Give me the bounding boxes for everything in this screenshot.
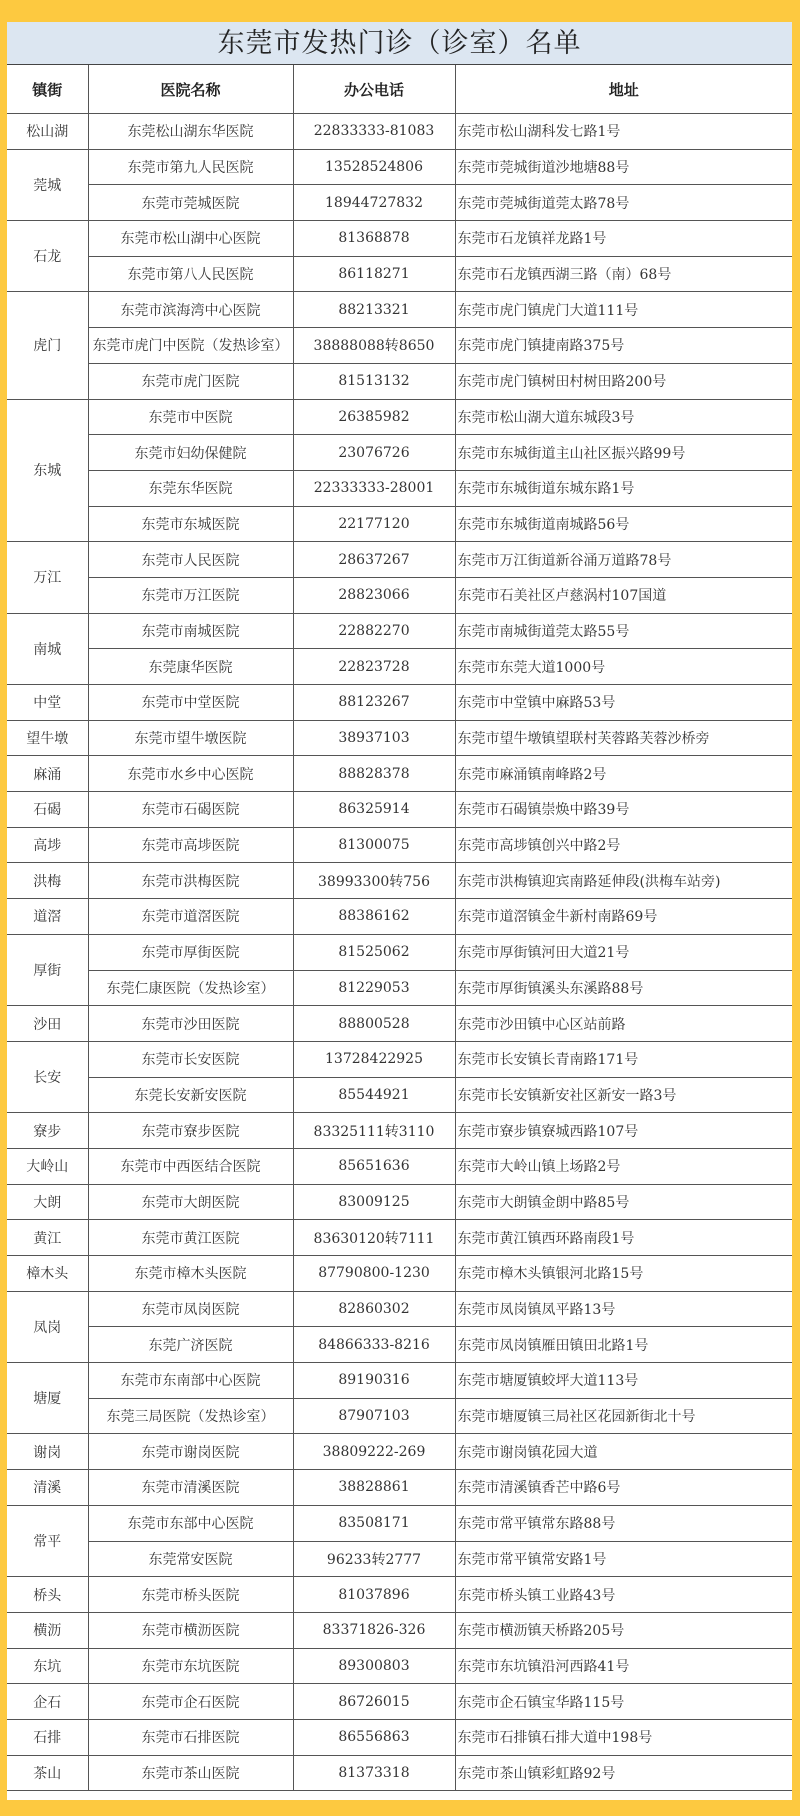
hospital-name-cell: 东莞市东部中心医院 [88, 1505, 293, 1541]
address-cell: 东莞市高埗镇创兴中路2号 [455, 827, 792, 863]
hospital-name-cell: 东莞市中堂医院 [88, 685, 293, 721]
hospital-name-cell: 东莞市万江医院 [88, 577, 293, 613]
phone-cell: 81037896 [293, 1577, 455, 1613]
table-row: 茶山东莞市茶山医院81373318东莞市茶山镇彩虹路92号 [7, 1755, 792, 1791]
address-cell: 东莞市南城街道莞太路55号 [455, 613, 792, 649]
table-row: 东莞广济医院84866333-8216东莞市凤岗镇雁田镇田北路1号 [7, 1327, 792, 1363]
address-cell: 东莞市长安镇长青南路171号 [455, 1041, 792, 1077]
phone-cell: 88828378 [293, 756, 455, 792]
phone-cell: 83325111转3110 [293, 1113, 455, 1149]
phone-cell: 86726015 [293, 1684, 455, 1720]
table-row: 东莞康华医院22823728东莞市东莞大道1000号 [7, 649, 792, 685]
table-row: 凤岗东莞市凤岗医院82860302东莞市凤岗镇凤平路13号 [7, 1291, 792, 1327]
town-cell: 谢岗 [7, 1434, 88, 1470]
page-title: 东莞市发热门诊（诊室）名单 [7, 22, 792, 65]
town-cell: 茶山 [7, 1755, 88, 1791]
hospital-name-cell: 东莞市长安医院 [88, 1041, 293, 1077]
address-cell: 东莞市塘厦镇三局社区花园新街北十号 [455, 1398, 792, 1434]
address-cell: 东莞市企石镇宝华路115号 [455, 1684, 792, 1720]
hospital-name-cell: 东莞市洪梅医院 [88, 863, 293, 899]
phone-cell: 85651636 [293, 1148, 455, 1184]
address-cell: 东莞市桥头镇工业路43号 [455, 1577, 792, 1613]
phone-cell: 38828861 [293, 1470, 455, 1506]
town-cell: 高埗 [7, 827, 88, 863]
town-cell: 东坑 [7, 1648, 88, 1684]
address-cell: 东莞市横沥镇天桥路205号 [455, 1612, 792, 1648]
table-row: 东莞市第八人民医院86118271东莞市石龙镇西湖三路（南）68号 [7, 256, 792, 292]
town-cell: 石碣 [7, 792, 88, 828]
table-row: 东莞三局医院（发热诊室）87907103东莞市塘厦镇三局社区花园新街北十号 [7, 1398, 792, 1434]
phone-cell: 89190316 [293, 1363, 455, 1399]
phone-cell: 88386162 [293, 899, 455, 935]
phone-cell: 83009125 [293, 1184, 455, 1220]
hospital-name-cell: 东莞市桥头医院 [88, 1577, 293, 1613]
address-cell: 东莞市长安镇新安社区新安一路3号 [455, 1077, 792, 1113]
table-row: 樟木头东莞市樟木头医院87790800-1230东莞市樟木头镇银河北路15号 [7, 1256, 792, 1292]
phone-cell: 86118271 [293, 256, 455, 292]
address-cell: 东莞市道滘镇金牛新村南路69号 [455, 899, 792, 935]
hospital-name-cell: 东莞市沙田医院 [88, 1006, 293, 1042]
table-row: 东坑东莞市东坑医院89300803东莞市东坑镇沿河西路41号 [7, 1648, 792, 1684]
table-row: 谢岗东莞市谢岗医院38809222-269东莞市谢岗镇花园大道 [7, 1434, 792, 1470]
table-row: 南城东莞市南城医院22882270东莞市南城街道莞太路55号 [7, 613, 792, 649]
address-cell: 东莞市东城街道南城路56号 [455, 506, 792, 542]
hospital-name-cell: 东莞市横沥医院 [88, 1612, 293, 1648]
town-cell: 望牛墩 [7, 720, 88, 756]
town-cell: 石龙 [7, 221, 88, 292]
address-cell: 东莞市常平镇常东路88号 [455, 1505, 792, 1541]
town-cell: 企石 [7, 1684, 88, 1720]
address-cell: 东莞市常平镇常安路1号 [455, 1541, 792, 1577]
town-cell: 长安 [7, 1041, 88, 1112]
town-cell: 黄江 [7, 1220, 88, 1256]
town-cell: 石排 [7, 1719, 88, 1755]
address-cell: 东莞市寮步镇寮城西路107号 [455, 1113, 792, 1149]
hospital-name-cell: 东莞市滨海湾中心医院 [88, 292, 293, 328]
address-cell: 东莞市石碣镇崇焕中路39号 [455, 792, 792, 828]
hospital-name-cell: 东莞市莞城医院 [88, 185, 293, 221]
hospital-name-cell: 东莞康华医院 [88, 649, 293, 685]
address-cell: 东莞市东坑镇沿河西路41号 [455, 1648, 792, 1684]
table-row: 东莞市莞城医院18944727832东莞市莞城街道莞太路78号 [7, 185, 792, 221]
hospital-name-cell: 东莞市清溪医院 [88, 1470, 293, 1506]
phone-cell: 22833333-81083 [293, 114, 455, 150]
table-row: 大岭山东莞市中西医结合医院85651636东莞市大岭山镇上场路2号 [7, 1148, 792, 1184]
hospital-name-cell: 东莞市东坑医院 [88, 1648, 293, 1684]
phone-cell: 88123267 [293, 685, 455, 721]
address-cell: 东莞市东莞大道1000号 [455, 649, 792, 685]
clinic-list-sheet: 东莞市发热门诊（诊室）名单 镇街 医院名称 办公电话 地址 松山湖东莞松山湖东华… [7, 22, 792, 1800]
phone-cell: 22333333-28001 [293, 470, 455, 506]
phone-cell: 38937103 [293, 720, 455, 756]
phone-cell: 96233转2777 [293, 1541, 455, 1577]
hospital-name-cell: 东莞松山湖东华医院 [88, 114, 293, 150]
table-row: 松山湖东莞松山湖东华医院22833333-81083东莞市松山湖科发七路1号 [7, 114, 792, 150]
town-cell: 松山湖 [7, 114, 88, 150]
address-cell: 东莞市东城街道东城东路1号 [455, 470, 792, 506]
address-cell: 东莞市虎门镇捷南路375号 [455, 328, 792, 364]
address-cell: 东莞市樟木头镇银河北路15号 [455, 1256, 792, 1292]
address-cell: 东莞市东城街道主山社区振兴路99号 [455, 435, 792, 471]
phone-cell: 82860302 [293, 1291, 455, 1327]
phone-cell: 38888088转8650 [293, 328, 455, 364]
town-cell: 虎门 [7, 292, 88, 399]
table-row: 桥头东莞市桥头医院81037896东莞市桥头镇工业路43号 [7, 1577, 792, 1613]
hospital-name-cell: 东莞市道滘医院 [88, 899, 293, 935]
town-cell: 寮步 [7, 1113, 88, 1149]
address-cell: 东莞市凤岗镇凤平路13号 [455, 1291, 792, 1327]
table-row: 长安东莞市长安医院13728422925东莞市长安镇长青南路171号 [7, 1041, 792, 1077]
town-cell: 塘厦 [7, 1363, 88, 1434]
town-cell: 东城 [7, 399, 88, 542]
town-cell: 樟木头 [7, 1256, 88, 1292]
phone-cell: 23076726 [293, 435, 455, 471]
address-cell: 东莞市大岭山镇上场路2号 [455, 1148, 792, 1184]
hospital-name-cell: 东莞市东城医院 [88, 506, 293, 542]
hospital-name-cell: 东莞市茶山医院 [88, 1755, 293, 1791]
hospital-name-cell: 东莞市松山湖中心医院 [88, 221, 293, 257]
phone-cell: 86556863 [293, 1719, 455, 1755]
address-cell: 东莞市谢岗镇花园大道 [455, 1434, 792, 1470]
town-cell: 大朗 [7, 1184, 88, 1220]
column-header-hospital: 医院名称 [88, 65, 293, 114]
hospital-name-cell: 东莞长安新安医院 [88, 1077, 293, 1113]
table-row: 东莞市东城医院22177120东莞市东城街道南城路56号 [7, 506, 792, 542]
table-row: 寮步东莞市寮步医院83325111转3110东莞市寮步镇寮城西路107号 [7, 1113, 792, 1149]
address-cell: 东莞市茶山镇彩虹路92号 [455, 1755, 792, 1791]
table-header-row: 镇街 医院名称 办公电话 地址 [7, 65, 792, 114]
town-cell: 凤岗 [7, 1291, 88, 1362]
phone-cell: 89300803 [293, 1648, 455, 1684]
phone-cell: 13528524806 [293, 149, 455, 185]
phone-cell: 88800528 [293, 1006, 455, 1042]
phone-cell: 13728422925 [293, 1041, 455, 1077]
hospital-name-cell: 东莞市谢岗医院 [88, 1434, 293, 1470]
table-row: 东城东莞市中医院26385982东莞市松山湖大道东城段3号 [7, 399, 792, 435]
table-row: 万江东莞市人民医院28637267东莞市万江街道新谷涌万道路78号 [7, 542, 792, 578]
address-cell: 东莞市石美社区卢慈涡村107国道 [455, 577, 792, 613]
town-cell: 万江 [7, 542, 88, 613]
address-cell: 东莞市塘厦镇蛟坪大道113号 [455, 1363, 792, 1399]
address-cell: 东莞市莞城街道沙地塘88号 [455, 149, 792, 185]
table-row: 石碣东莞市石碣医院86325914东莞市石碣镇崇焕中路39号 [7, 792, 792, 828]
address-cell: 东莞市中堂镇中麻路53号 [455, 685, 792, 721]
town-cell: 麻涌 [7, 756, 88, 792]
table-row: 塘厦东莞市东南部中心医院89190316东莞市塘厦镇蛟坪大道113号 [7, 1363, 792, 1399]
hospital-name-cell: 东莞市人民医院 [88, 542, 293, 578]
address-cell: 东莞市麻涌镇南峰路2号 [455, 756, 792, 792]
table-row: 东莞长安新安医院85544921东莞市长安镇新安社区新安一路3号 [7, 1077, 792, 1113]
town-cell: 清溪 [7, 1470, 88, 1506]
town-cell: 中堂 [7, 685, 88, 721]
town-cell: 南城 [7, 613, 88, 684]
hospital-name-cell: 东莞市第九人民医院 [88, 149, 293, 185]
address-cell: 东莞市黄江镇西环路南段1号 [455, 1220, 792, 1256]
phone-cell: 22882270 [293, 613, 455, 649]
phone-cell: 81525062 [293, 934, 455, 970]
address-cell: 东莞市大朗镇金朗中路85号 [455, 1184, 792, 1220]
hospital-name-cell: 东莞市虎门医院 [88, 363, 293, 399]
hospital-name-cell: 东莞市高埗医院 [88, 827, 293, 863]
address-cell: 东莞市万江街道新谷涌万道路78号 [455, 542, 792, 578]
address-cell: 东莞市虎门镇虎门大道111号 [455, 292, 792, 328]
phone-cell: 22177120 [293, 506, 455, 542]
table-row: 常平东莞市东部中心医院83508171东莞市常平镇常东路88号 [7, 1505, 792, 1541]
phone-cell: 81513132 [293, 363, 455, 399]
table-row: 望牛墩东莞市望牛墩医院38937103东莞市望牛墩镇望联村芙蓉路芙蓉沙桥旁 [7, 720, 792, 756]
table-row: 道滘东莞市道滘医院88386162东莞市道滘镇金牛新村南路69号 [7, 899, 792, 935]
hospital-name-cell: 东莞市凤岗医院 [88, 1291, 293, 1327]
address-cell: 东莞市厚街镇溪头东溪路88号 [455, 970, 792, 1006]
address-cell: 东莞市虎门镇树田村树田路200号 [455, 363, 792, 399]
table-row: 东莞市妇幼保健院23076726东莞市东城街道主山社区振兴路99号 [7, 435, 792, 471]
address-cell: 东莞市石龙镇祥龙路1号 [455, 221, 792, 257]
table-row: 石龙东莞市松山湖中心医院81368878东莞市石龙镇祥龙路1号 [7, 221, 792, 257]
table-row: 东莞市万江医院28823066东莞市石美社区卢慈涡村107国道 [7, 577, 792, 613]
address-cell: 东莞市凤岗镇雁田镇田北路1号 [455, 1327, 792, 1363]
hospital-name-cell: 东莞市企石医院 [88, 1684, 293, 1720]
table-row: 沙田东莞市沙田医院88800528东莞市沙田镇中心区站前路 [7, 1006, 792, 1042]
hospital-name-cell: 东莞仁康医院（发热诊室） [88, 970, 293, 1006]
phone-cell: 81373318 [293, 1755, 455, 1791]
phone-cell: 18944727832 [293, 185, 455, 221]
table-row: 东莞市虎门医院81513132东莞市虎门镇树田村树田路200号 [7, 363, 792, 399]
hospital-name-cell: 东莞市虎门中医院（发热诊室） [88, 328, 293, 364]
hospital-name-cell: 东莞东华医院 [88, 470, 293, 506]
phone-cell: 28637267 [293, 542, 455, 578]
hospital-name-cell: 东莞市东南部中心医院 [88, 1363, 293, 1399]
phone-cell: 87907103 [293, 1398, 455, 1434]
address-cell: 东莞市望牛墩镇望联村芙蓉路芙蓉沙桥旁 [455, 720, 792, 756]
phone-cell: 85544921 [293, 1077, 455, 1113]
table-row: 虎门东莞市滨海湾中心医院88213321东莞市虎门镇虎门大道111号 [7, 292, 792, 328]
hospital-name-cell: 东莞市中医院 [88, 399, 293, 435]
table-row: 麻涌东莞市水乡中心医院88828378东莞市麻涌镇南峰路2号 [7, 756, 792, 792]
phone-cell: 22823728 [293, 649, 455, 685]
column-header-town: 镇街 [7, 65, 88, 114]
town-cell: 桥头 [7, 1577, 88, 1613]
address-cell: 东莞市莞城街道莞太路78号 [455, 185, 792, 221]
hospital-name-cell: 东莞市水乡中心医院 [88, 756, 293, 792]
hospital-name-cell: 东莞三局医院（发热诊室） [88, 1398, 293, 1434]
hospital-name-cell: 东莞市石碣医院 [88, 792, 293, 828]
town-cell: 厚街 [7, 934, 88, 1005]
town-cell: 洪梅 [7, 863, 88, 899]
town-cell: 道滘 [7, 899, 88, 935]
phone-cell: 87790800-1230 [293, 1256, 455, 1292]
table-row: 东莞东华医院22333333-28001东莞市东城街道东城东路1号 [7, 470, 792, 506]
hospital-name-cell: 东莞市寮步医院 [88, 1113, 293, 1149]
table-row: 高埗东莞市高埗医院81300075东莞市高埗镇创兴中路2号 [7, 827, 792, 863]
address-cell: 东莞市松山湖科发七路1号 [455, 114, 792, 150]
hospital-name-cell: 东莞广济医院 [88, 1327, 293, 1363]
address-cell: 东莞市松山湖大道东城段3号 [455, 399, 792, 435]
phone-cell: 28823066 [293, 577, 455, 613]
table-row: 东莞常安医院96233转2777东莞市常平镇常安路1号 [7, 1541, 792, 1577]
hospital-name-cell: 东莞市石排医院 [88, 1719, 293, 1755]
hospital-name-cell: 东莞市妇幼保健院 [88, 435, 293, 471]
table-row: 莞城东莞市第九人民医院13528524806东莞市莞城街道沙地塘88号 [7, 149, 792, 185]
phone-cell: 83371826-326 [293, 1612, 455, 1648]
town-cell: 大岭山 [7, 1148, 88, 1184]
address-cell: 东莞市清溪镇香芒中路6号 [455, 1470, 792, 1506]
table-row: 大朗东莞市大朗医院83009125东莞市大朗镇金朗中路85号 [7, 1184, 792, 1220]
phone-cell: 88213321 [293, 292, 455, 328]
table-row: 厚街东莞市厚街医院81525062东莞市厚街镇河田大道21号 [7, 934, 792, 970]
table-row: 清溪东莞市清溪医院38828861东莞市清溪镇香芒中路6号 [7, 1470, 792, 1506]
phone-cell: 81300075 [293, 827, 455, 863]
hospital-name-cell: 东莞市中西医结合医院 [88, 1148, 293, 1184]
phone-cell: 84866333-8216 [293, 1327, 455, 1363]
town-cell: 横沥 [7, 1612, 88, 1648]
hospital-name-cell: 东莞市黄江医院 [88, 1220, 293, 1256]
table-row: 横沥东莞市横沥医院83371826-326东莞市横沥镇天桥路205号 [7, 1612, 792, 1648]
hospital-name-cell: 东莞市樟木头医院 [88, 1256, 293, 1292]
phone-cell: 81368878 [293, 221, 455, 257]
table-row: 黄江东莞市黄江医院83630120转7111东莞市黄江镇西环路南段1号 [7, 1220, 792, 1256]
phone-cell: 38993300转756 [293, 863, 455, 899]
column-header-address: 地址 [455, 65, 792, 114]
hospital-name-cell: 东莞市南城医院 [88, 613, 293, 649]
town-cell: 沙田 [7, 1006, 88, 1042]
column-header-phone: 办公电话 [293, 65, 455, 114]
table-row: 东莞市虎门中医院（发热诊室）38888088转8650东莞市虎门镇捷南路375号 [7, 328, 792, 364]
address-cell: 东莞市石龙镇西湖三路（南）68号 [455, 256, 792, 292]
town-cell: 常平 [7, 1505, 88, 1576]
hospital-name-cell: 东莞市厚街医院 [88, 934, 293, 970]
hospital-name-cell: 东莞市望牛墩医院 [88, 720, 293, 756]
table-row: 东莞仁康医院（发热诊室）81229053东莞市厚街镇溪头东溪路88号 [7, 970, 792, 1006]
table-row: 中堂东莞市中堂医院88123267东莞市中堂镇中麻路53号 [7, 685, 792, 721]
hospital-name-cell: 东莞市大朗医院 [88, 1184, 293, 1220]
hospital-name-cell: 东莞常安医院 [88, 1541, 293, 1577]
table-row: 企石东莞市企石医院86726015东莞市企石镇宝华路115号 [7, 1684, 792, 1720]
table-row: 石排东莞市石排医院86556863东莞市石排镇石排大道中198号 [7, 1719, 792, 1755]
phone-cell: 83508171 [293, 1505, 455, 1541]
address-cell: 东莞市石排镇石排大道中198号 [455, 1719, 792, 1755]
phone-cell: 38809222-269 [293, 1434, 455, 1470]
address-cell: 东莞市厚街镇河田大道21号 [455, 934, 792, 970]
town-cell: 莞城 [7, 149, 88, 220]
phone-cell: 86325914 [293, 792, 455, 828]
phone-cell: 26385982 [293, 399, 455, 435]
table-row: 洪梅东莞市洪梅医院38993300转756东莞市洪梅镇迎宾南路延伸段(洪梅车站旁… [7, 863, 792, 899]
phone-cell: 81229053 [293, 970, 455, 1006]
address-cell: 东莞市洪梅镇迎宾南路延伸段(洪梅车站旁) [455, 863, 792, 899]
phone-cell: 83630120转7111 [293, 1220, 455, 1256]
address-cell: 东莞市沙田镇中心区站前路 [455, 1006, 792, 1042]
clinic-table: 镇街 医院名称 办公电话 地址 松山湖东莞松山湖东华医院22833333-810… [7, 65, 792, 1791]
hospital-name-cell: 东莞市第八人民医院 [88, 256, 293, 292]
